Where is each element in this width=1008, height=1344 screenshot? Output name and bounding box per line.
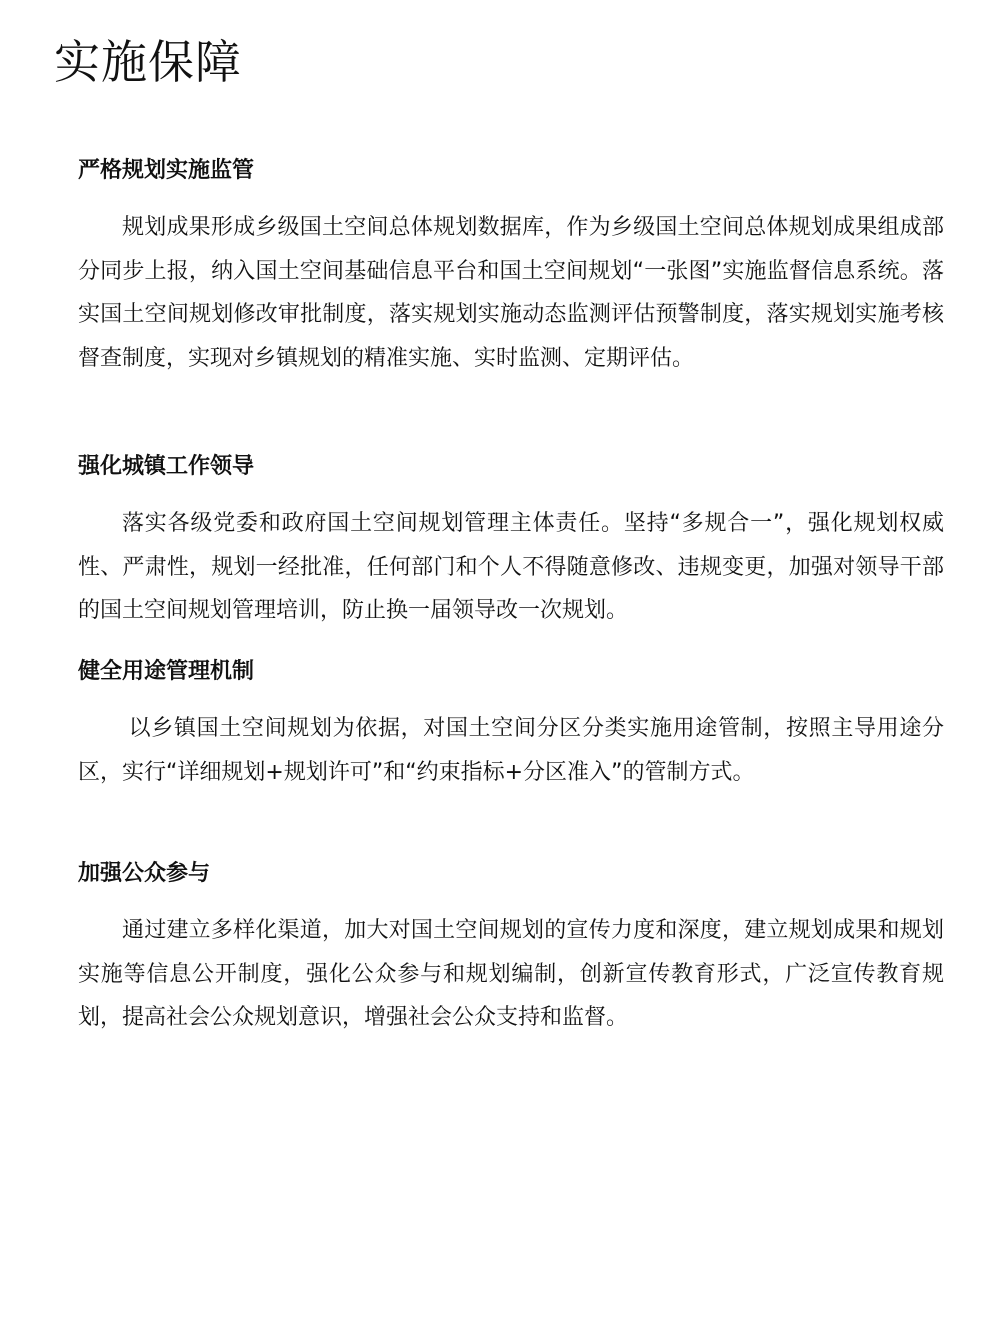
section-strengthen-leadership: 强化城镇工作领导 落实各级党委和政府国土空间规划管理主体责任。坚持“多规合一”，…: [78, 452, 944, 633]
section-heading: 强化城镇工作领导: [78, 452, 944, 482]
section-strict-supervision: 严格规划实施监管 规划成果形成乡级国土空间总体规划数据库，作为乡级国土空间总体规…: [78, 156, 944, 380]
page-title: 实施保障: [54, 30, 242, 94]
section-body: 通过建立多样化渠道，加大对国土空间规划的宣传力度和深度，建立规划成果和规划实施等…: [78, 909, 944, 1040]
section-public-participation: 加强公众参与 通过建立多样化渠道，加大对国土空间规划的宣传力度和深度，建立规划成…: [78, 859, 944, 1040]
section-body: 规划成果形成乡级国土空间总体规划数据库，作为乡级国土空间总体规划成果组成部分同步…: [78, 206, 944, 380]
section-body: 以乡镇国土空间规划为依据，对国土空间分区分类实施用途管制，按照主导用途分区，实行…: [78, 707, 944, 794]
section-use-control-mechanism: 健全用途管理机制 以乡镇国土空间规划为依据，对国土空间分区分类实施用途管制，按照…: [78, 657, 944, 794]
section-body: 落实各级党委和政府国土空间规划管理主体责任。坚持“多规合一”，强化规划权威性、严…: [78, 502, 944, 633]
section-heading: 健全用途管理机制: [78, 657, 944, 687]
section-heading: 加强公众参与: [78, 859, 944, 889]
section-heading: 严格规划实施监管: [78, 156, 944, 186]
